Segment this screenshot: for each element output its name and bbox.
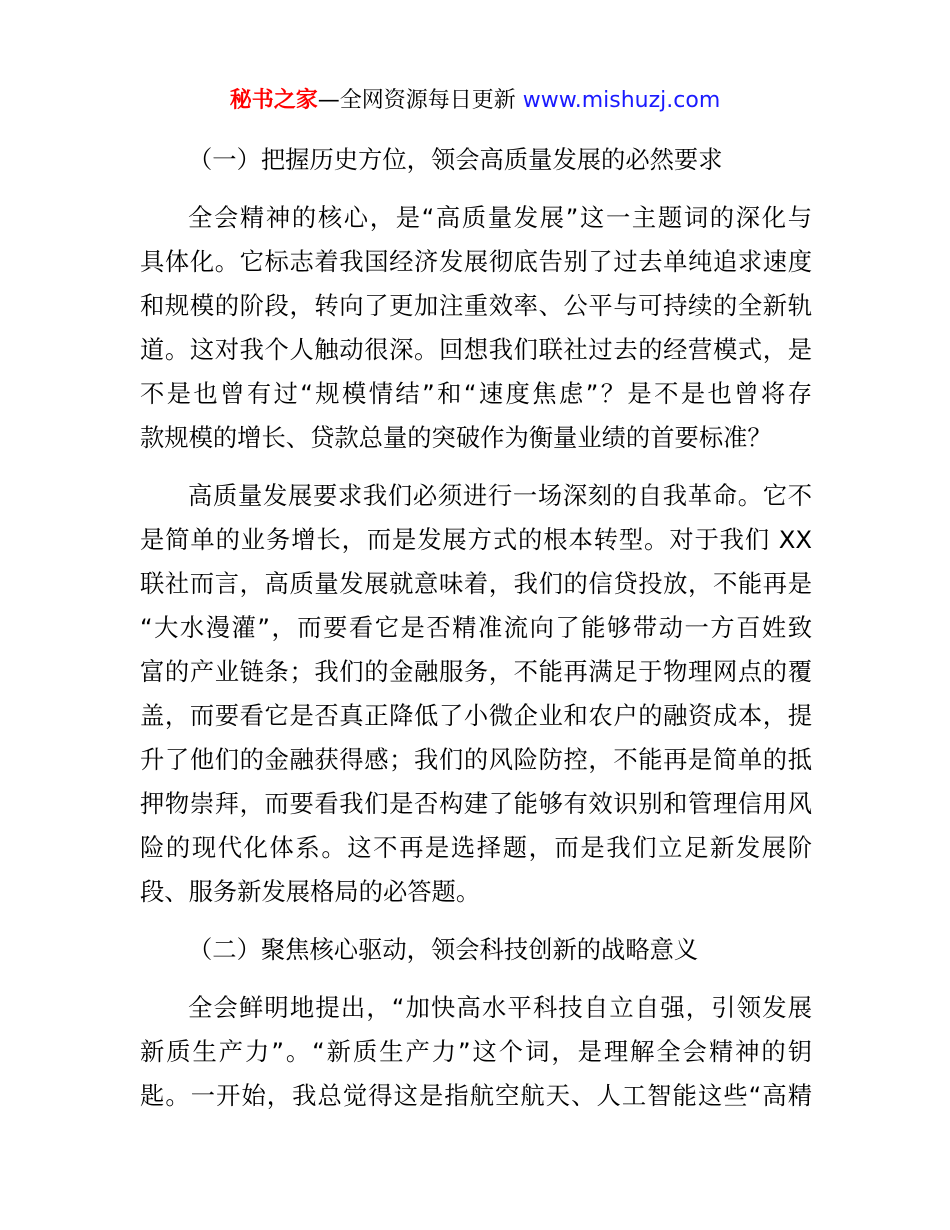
text-line: 新质生产力”。“新质生产力”这个词，是理解全会精神的钥 [140, 1030, 812, 1074]
text-line: 道。这对我个人触动很深。回想我们联社过去的经营模式，是 [140, 328, 812, 372]
text-line: 和规模的阶段，转向了更加注重效率、公平与可持续的全新轨 [140, 284, 812, 328]
text-line: 不是也曾有过“规模情结”和“速度焦虑”？是不是也曾将存 [140, 372, 812, 416]
section-heading-2: （二）聚焦核心驱动，领会科技创新的战略意义 [140, 928, 812, 972]
text-line: 是简单的业务增长，而是发展方式的根本转型。对于我们 XX [140, 518, 812, 562]
text-line: 盖，而要看它是否真正降低了小微企业和农户的融资成本，提 [140, 694, 812, 738]
paragraph-1: 全会精神的核心，是“高质量发展”这一主题词的深化与 具体化。它标志着我国经济发展… [140, 196, 812, 460]
header-tagline: —全网资源每日更新 [318, 88, 523, 113]
section-heading-1: （一）把握历史方位，领会高质量发展的必然要求 [140, 138, 812, 182]
watermark-header: 秘书之家—全网资源每日更新 www.mishuzj.com [0, 86, 950, 116]
site-url-link[interactable]: www.mishuzj.com [523, 88, 720, 113]
text-line: “大水漫灌”，而要看它是否精准流向了能够带动一方百姓致 [140, 606, 812, 650]
text-line: 段、服务新发展格局的必答题。 [140, 870, 812, 914]
text-line: 升了他们的金融获得感；我们的风险防控，不能再是简单的抵 [140, 738, 812, 782]
document-body: （一）把握历史方位，领会高质量发展的必然要求 全会精神的核心，是“高质量发展”这… [140, 138, 812, 1132]
text-line: 险的现代化体系。这不再是选择题，而是我们立足新发展阶 [140, 826, 812, 870]
text-line: 匙。一开始，我总觉得这是指航空航天、人工智能这些“高精 [140, 1074, 812, 1118]
text-line: 全会精神的核心，是“高质量发展”这一主题词的深化与 [140, 196, 812, 240]
text-line: 款规模的增长、贷款总量的突破作为衡量业绩的首要标准？ [140, 416, 812, 460]
paragraph-3: 全会鲜明地提出，“加快高水平科技自立自强，引领发展 新质生产力”。“新质生产力”… [140, 986, 812, 1118]
text-line: 全会鲜明地提出，“加快高水平科技自立自强，引领发展 [140, 986, 812, 1030]
text-line: 具体化。它标志着我国经济发展彻底告别了过去单纯追求速度 [140, 240, 812, 284]
text-line: 富的产业链条；我们的金融服务，不能再满足于物理网点的覆 [140, 650, 812, 694]
text-line: 联社而言，高质量发展就意味着，我们的信贷投放，不能再是 [140, 562, 812, 606]
paragraph-2: 高质量发展要求我们必须进行一场深刻的自我革命。它不 是简单的业务增长，而是发展方… [140, 474, 812, 914]
text-line: 高质量发展要求我们必须进行一场深刻的自我革命。它不 [140, 474, 812, 518]
text-line: 押物崇拜，而要看我们是否构建了能够有效识别和管理信用风 [140, 782, 812, 826]
brand-name: 秘书之家 [230, 88, 318, 113]
